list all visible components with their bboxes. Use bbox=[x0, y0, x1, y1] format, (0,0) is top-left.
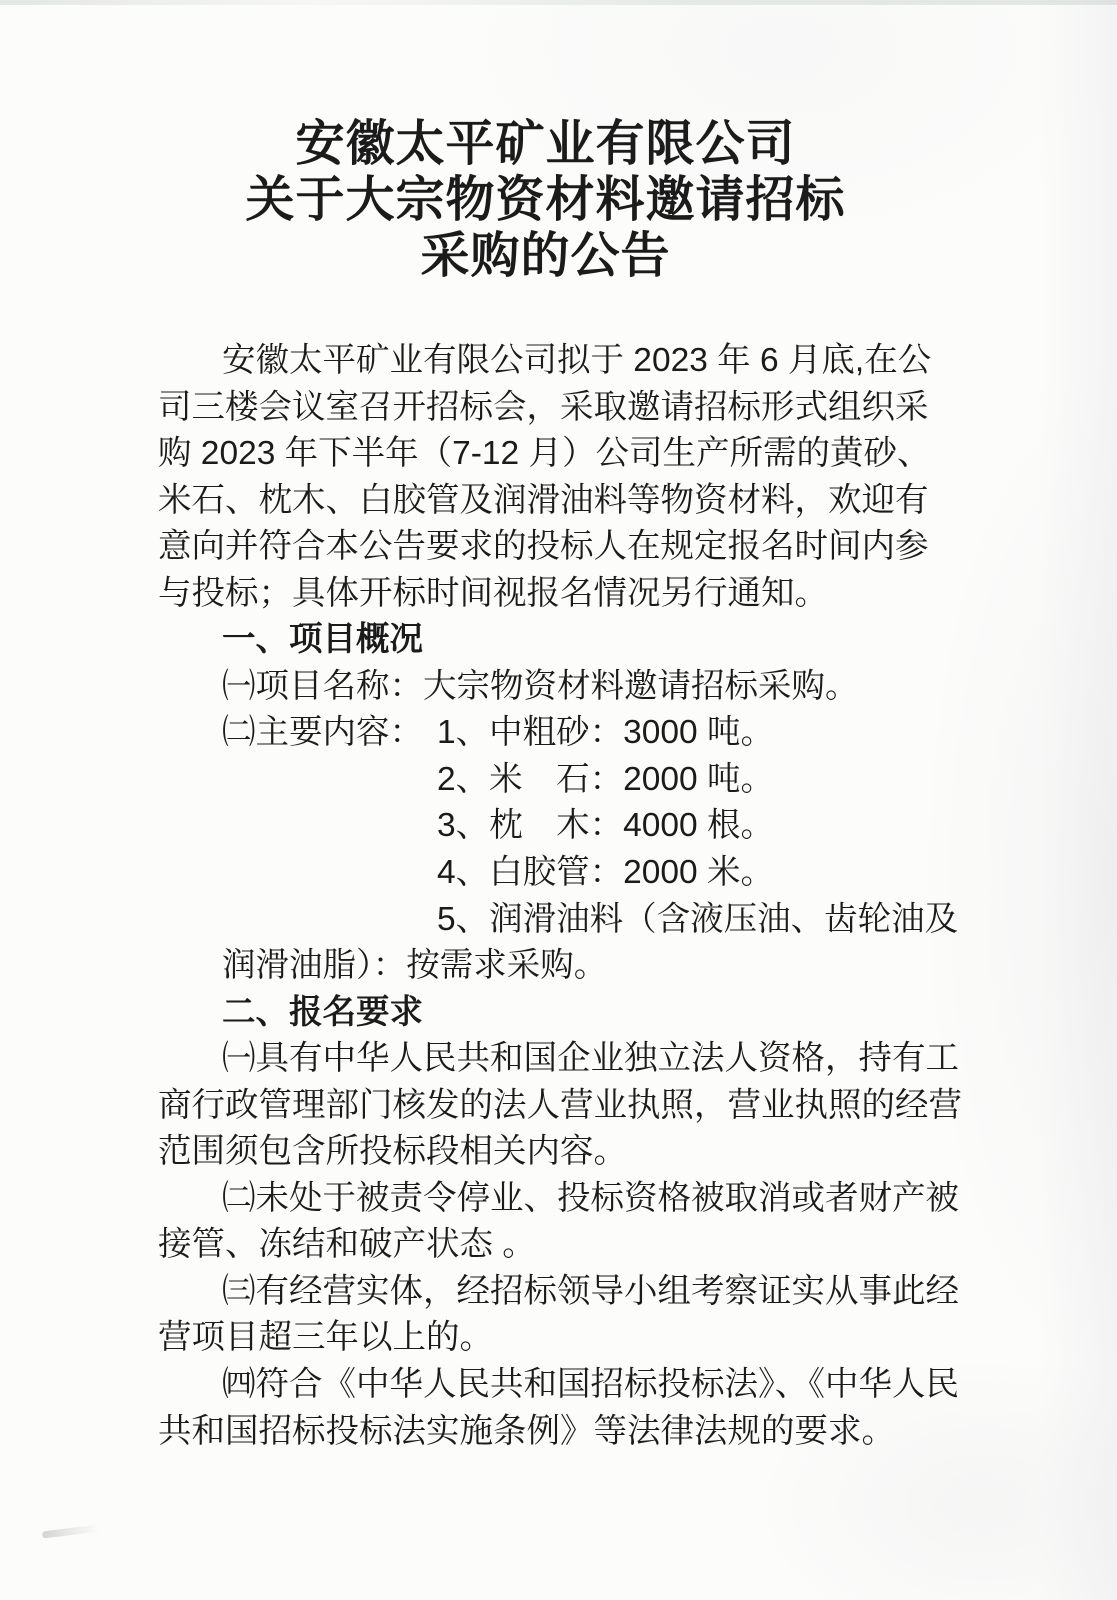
intro-line-3: 购 2023 年下半年（7-12 月）公司生产所需的黄砂、 bbox=[158, 431, 943, 478]
requirement-4-line-1: ㈣符合《中华人民共和国招标投标法》、《中华人民 bbox=[158, 1362, 943, 1409]
section1-project-name: ㈠项目名称：大宗物资材料邀请招标采购。 bbox=[158, 664, 943, 711]
section1-heading: 一、项目概况 bbox=[158, 617, 943, 664]
section1-content-label: ㈡主要内容： bbox=[222, 714, 423, 751]
scanned-notice-page: 安徽太平矿业有限公司 关于大宗物资材料邀请招标 采购的公告 安徽太平矿业有限公司… bbox=[0, 0, 1117, 1600]
section2-heading: 二、报名要求 bbox=[158, 990, 943, 1037]
notice-title: 安徽太平矿业有限公司 关于大宗物资材料邀请招标 采购的公告 bbox=[0, 116, 1091, 284]
intro-line-2: 司三楼会议室召开招标会，采取邀请招标形式组织采 bbox=[158, 385, 943, 432]
intro-line-4: 米石、枕木、白胶管及润滑油料等物资材料，欢迎有 bbox=[158, 478, 943, 525]
scan-smudge-mark bbox=[42, 1524, 100, 1538]
scan-top-edge bbox=[0, 0, 1117, 5]
requirement-1-line-1: ㈠具有中华人民共和国企业独立法人资格，持有工 bbox=[158, 1036, 943, 1083]
material-item-1: 1、中粗砂：3000 吨。 bbox=[437, 710, 774, 757]
intro-line-5: 意向并符合本公告要求的投标人在规定报名时间内参 bbox=[158, 524, 943, 571]
material-item-3: 3、枕 木：4000 根。 bbox=[158, 803, 943, 850]
title-line-3: 采购的公告 bbox=[0, 228, 1091, 284]
notice-body: 安徽太平矿业有限公司拟于 2023 年 6 月底,在公 司三楼会议室召开招标会，… bbox=[158, 338, 943, 1455]
requirement-3-line-2: 营项目超三年以上的。 bbox=[158, 1315, 943, 1362]
title-line-2: 关于大宗物资材料邀请招标 bbox=[0, 172, 1091, 228]
requirement-3-line-1: ㈢有经营实体，经招标领导小组考察证实从事此经 bbox=[158, 1269, 943, 1316]
intro-line-6: 与投标；具体开标时间视报名情况另行通知。 bbox=[158, 571, 943, 618]
requirement-4-line-2: 共和国招标投标法实施条例》等法律法规的要求。 bbox=[158, 1409, 943, 1456]
material-item-4: 4、白胶管：2000 米。 bbox=[158, 850, 943, 897]
title-line-1: 安徽太平矿业有限公司 bbox=[0, 116, 1091, 172]
requirement-1-line-3: 范围须包含所投标段相关内容。 bbox=[158, 1129, 943, 1176]
section1-content-row: ㈡主要内容： 1、中粗砂：3000 吨。 bbox=[158, 710, 943, 757]
scan-streak bbox=[1037, 0, 1117, 1600]
requirement-2-line-1: ㈡未处于被责令停业、投标资格被取消或者财产被 bbox=[158, 1176, 943, 1223]
material-item-5-continued: 润滑油脂）：按需求采购。 bbox=[158, 943, 943, 990]
requirement-2-line-2: 接管、冻结和破产状态 。 bbox=[158, 1222, 943, 1269]
material-item-2: 2、米 石：2000 吨。 bbox=[158, 757, 943, 804]
requirement-1-line-2: 商行政管理部门核发的法人营业执照，营业执照的经营 bbox=[158, 1083, 943, 1130]
material-item-5: 5、润滑油料（含液压油、齿轮油及 bbox=[158, 897, 943, 944]
intro-line-1: 安徽太平矿业有限公司拟于 2023 年 6 月底,在公 bbox=[158, 338, 943, 385]
